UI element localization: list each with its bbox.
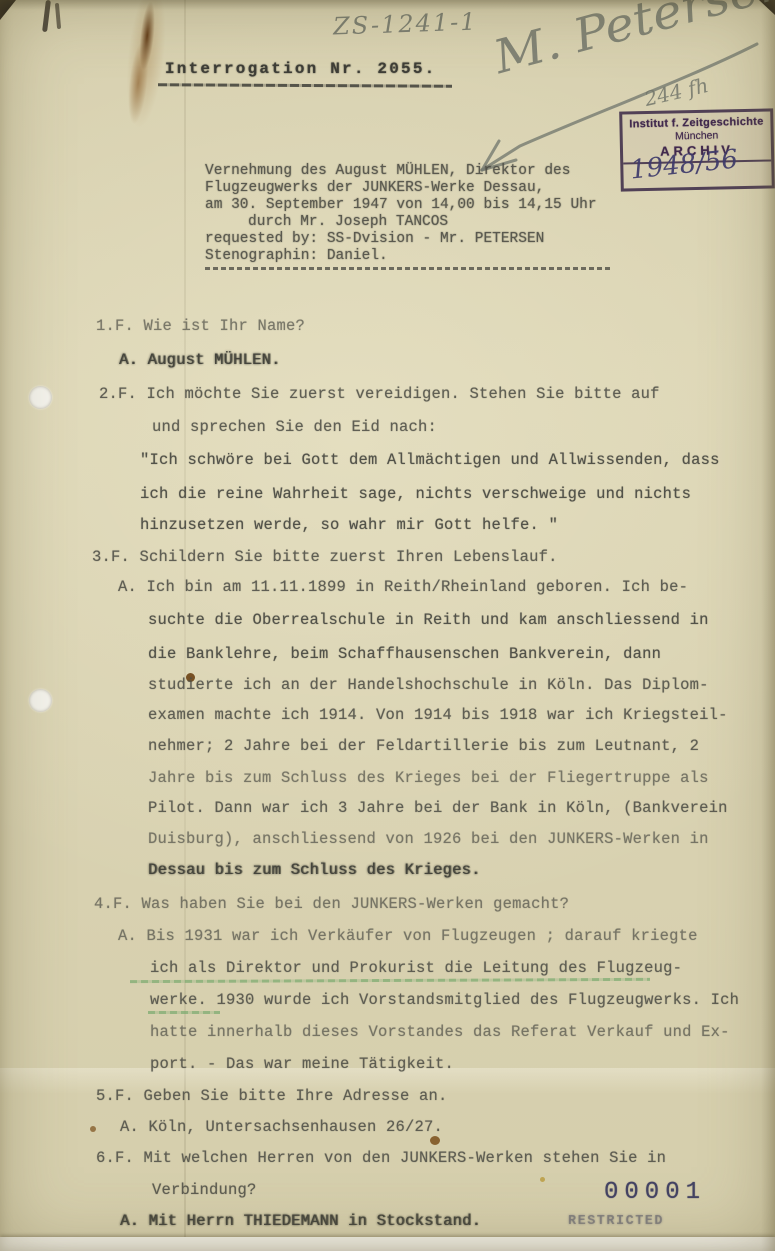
document-title: Interrogation Nr. 2055. [165,60,436,78]
classification-stamp: RESTRICTED [568,1214,664,1229]
qa-line: "Ich schwöre bei Gott dem Allmächtigen u… [140,452,720,469]
header-line: Flugzeugwerks der JUNKERS-Werke Dessau, [205,180,544,197]
qa-line: 2.F. Ich möchte Sie zuerst vereidigen. S… [99,386,660,403]
qa-line: ich als Direktor und Prokurist die Leitu… [150,960,682,977]
green-underline [148,1011,220,1014]
qa-line: 4.F. Was haben Sie bei den JUNKERS-Werke… [94,896,569,913]
qa-line: Jahre bis zum Schluss des Krieges bei de… [148,770,709,787]
header-line: Vernehmung des August MÜHLEN, Direktor d… [205,163,570,180]
qa-line: examen machte ich 1914. Von 1914 bis 191… [148,707,728,724]
qa-line: und sprechen Sie den Eid nach: [152,419,437,436]
qa-line: 1.F. Wie ist Ihr Name? [96,318,305,335]
qa-line: Dessau bis zum Schluss des Krieges. [148,862,481,879]
ink-spot [90,1126,96,1132]
ink-spot [540,1177,545,1182]
qa-line: A. Mit Herrn THIEDEMANN in Stockstand. [120,1213,481,1230]
header-line: am 30. September 1947 von 14,00 bis 14,1… [205,197,597,214]
qa-line: die Banklehre, beim Schaffhausenschen Ba… [148,646,661,663]
green-underline [130,978,650,983]
edge-shading-top [0,0,775,10]
page-number-stamp: 00001 [604,1179,706,1206]
ink-spot [430,1136,440,1145]
header-line: requested by: SS-Dvision - Mr. PETERSEN [205,231,544,248]
qa-line: 3.F. Schildern Sie bitte zuerst Ihren Le… [92,549,558,566]
qa-line: hinzusetzen werde, so wahr mir Gott helf… [140,517,558,534]
edge-shading-right [761,0,775,1251]
qa-line: suchte die Oberrealschule in Reith und k… [148,612,709,629]
qa-line: ich die reine Wahrheit sage, nichts vers… [140,486,691,503]
qa-line: Pilot. Dann war ich 3 Jahre bei der Bank… [148,800,728,817]
qa-line: Duisburg), anschliessend von 1926 bei de… [148,831,709,848]
header-line: durch Mr. Joseph TANCOS [248,214,448,231]
qa-line: A. Ich bin am 11.11.1899 in Reith/Rheinl… [118,579,688,596]
signature-handwritten: M. Petersen [488,0,775,84]
qa-line: nehmer; 2 Jahre bei der Feldartillerie b… [148,738,699,755]
qa-line: A. Bis 1931 war ich Verkäufer von Flugze… [118,928,698,945]
qa-line: hatte innerhalb dieses Vorstandes das Re… [150,1024,730,1041]
scan-edge-strip [0,1237,775,1251]
qa-line: A. August MÜHLEN. [119,352,281,369]
qa-line: 6.F. Mit welchen Herren von den JUNKERS-… [96,1150,666,1167]
header-underline [205,267,613,270]
qa-line: Verbindung? [152,1182,257,1199]
qa-line: 5.F. Geben Sie bitte Ihre Adresse an. [96,1088,448,1105]
qa-line: port. - Das war meine Tätigkeit. [150,1056,454,1073]
hole-punch-bottom [29,689,52,712]
hole-punch-top [29,386,52,409]
title-underline [158,83,452,88]
header-line: Stenographin: Daniel. [205,248,388,265]
scanned-document-page: ZS-1241-1 Interrogation Nr. 2055. M. Pet… [0,0,775,1251]
archive-reference-handwritten: ZS-1241-1 [333,7,478,40]
qa-line: werke. 1930 wurde ich Vorstandsmitglied … [150,992,739,1009]
signature-note-handwritten: 244 fh [642,73,711,111]
qa-line: studierte ich an der Handelshochschule i… [148,677,709,694]
qa-line: A. Köln, Untersachsenhausen 26/27. [120,1119,443,1136]
